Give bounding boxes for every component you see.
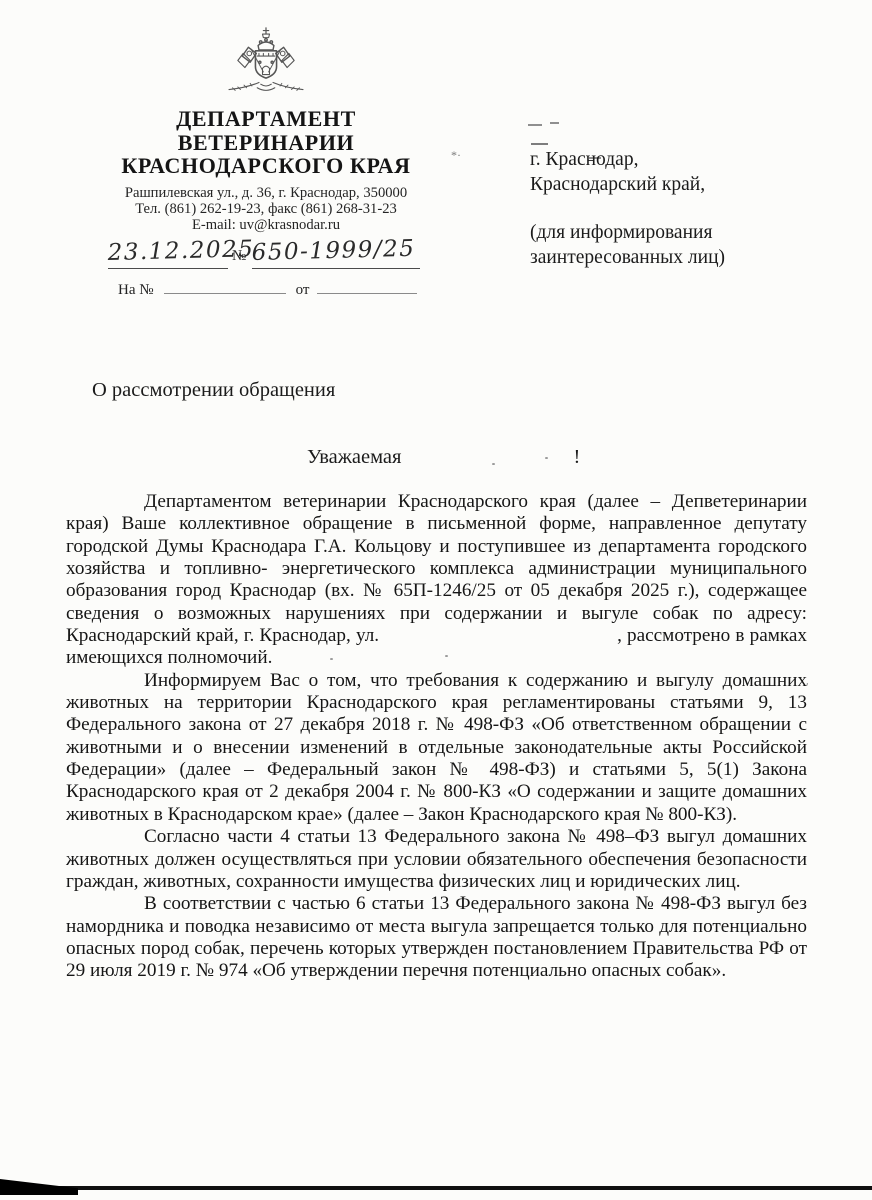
outgoing-date-handwritten: 23.12.2025 — [107, 236, 254, 266]
recipient-block: г. Краснодар, Краснодарский край, (для и… — [530, 147, 830, 270]
scan-edge-wedge — [0, 1179, 78, 1195]
org-title: ДЕПАРТАМЕНТ ВЕТЕРИНАРИИ КРАСНОДАРСКОГО К… — [90, 107, 442, 178]
scan-speck: ʹ — [806, 682, 809, 692]
reference-block: 23.12.2025№650-1999/25 На №от — [108, 240, 428, 299]
scanned-letter-page: ДЕПАРТАМЕНТ ВЕТЕРИНАРИИ КРАСНОДАРСКОГО К… — [0, 0, 872, 1200]
body-paragraph-3: Согласно части 4 статьи 13 Федерального … — [66, 826, 807, 893]
salutation-line: Уважаемая! — [307, 446, 580, 469]
incoming-date-blank — [317, 280, 417, 294]
incoming-ref-row: На №от — [108, 280, 428, 299]
recipient-note-line1: (для информирования — [530, 220, 830, 245]
redaction-dash — [531, 143, 548, 145]
subject-line: О рассмотрении обращения — [92, 379, 335, 402]
body-paragraph-4: В соответствии с частью 6 статьи 13 Феде… — [66, 893, 807, 982]
redaction-dash — [550, 122, 559, 124]
scan-edge-line — [0, 1186, 872, 1190]
recipient-note-line2: заинтересованных лиц) — [530, 245, 830, 270]
letter-body: Департаментом ветеринарии Краснодарского… — [66, 491, 807, 983]
org-title-line1: ДЕПАРТАМЕНТ — [90, 107, 442, 131]
incoming-number-blank — [164, 280, 286, 294]
outgoing-number-field: 650-1999/25 — [252, 240, 420, 269]
org-title-line3: КРАСНОДАРСКОГО КРАЯ — [90, 154, 442, 178]
org-email: E-mail: uv@krasnodar.ru — [90, 217, 442, 233]
body-paragraph-1: Департаментом ветеринарии Краснодарского… — [66, 491, 807, 670]
recipient-region: Краснодарский край, — [530, 172, 830, 197]
salutation-prefix: Уважаемая — [307, 446, 401, 468]
scan-speck: *· — [451, 150, 461, 160]
org-address: Рашпилевская ул., д. 36, г. Краснодар, 3… — [90, 185, 442, 201]
letterhead: ДЕПАРТАМЕНТ ВЕТЕРИНАРИИ КРАСНОДАРСКОГО К… — [90, 26, 442, 233]
outgoing-date-field: 23.12.2025 — [108, 240, 228, 269]
body-paragraph-2: Информируем Вас о том, что требования к … — [66, 670, 807, 826]
incoming-from-label: от — [296, 282, 310, 298]
krasnodar-krai-coat-of-arms-icon — [222, 26, 310, 102]
paragraph-1-text-before-redaction: Департаментом ветеринарии Краснодарского… — [66, 491, 807, 646]
scan-speck — [445, 655, 448, 657]
salutation-punct: ! — [573, 446, 580, 468]
outgoing-number-handwritten: 650-1999/25 — [252, 236, 416, 266]
outgoing-ref-row: 23.12.2025№650-1999/25 — [108, 240, 428, 273]
scan-speck — [330, 658, 333, 660]
org-phone: Тел. (861) 262-19-23, факс (861) 268-31-… — [90, 201, 442, 217]
redaction-dash — [528, 124, 542, 126]
org-title-line2: ВЕТЕРИНАРИИ — [90, 131, 442, 155]
org-contacts: Рашпилевская ул., д. 36, г. Краснодар, 3… — [90, 185, 442, 234]
recipient-city: г. Краснодар, — [530, 147, 830, 172]
incoming-ref-label: На № — [118, 282, 154, 298]
scan-speck — [492, 463, 495, 465]
scan-speck — [545, 457, 548, 459]
